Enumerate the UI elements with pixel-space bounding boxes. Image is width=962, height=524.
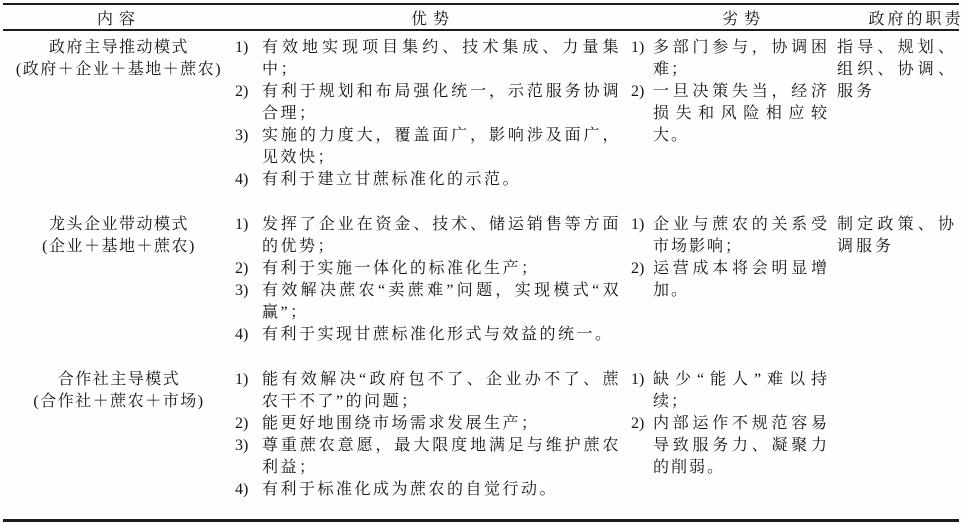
item-number: 1) — [235, 37, 262, 81]
item-text: 有利于标准化成为蔗农的自觉行动。 — [262, 479, 621, 501]
item-number: 4) — [235, 169, 262, 191]
government-duty: 制定政策、协调服务 — [837, 214, 957, 258]
item-text: 一旦决策失当，经济损失和风险相应较大。 — [653, 81, 829, 147]
advantages-cell: 1)有效地实现项目集约、技术集成、力量集中；2)有利于规划和布局强化统一，示范服… — [235, 37, 631, 191]
government-duty: 指导、规划、组织、协调、服务 — [837, 37, 957, 103]
item-text: 能更好地围绕市场需求发展生产； — [262, 413, 621, 435]
list-item: 4)有利于建立甘蔗标准化的示范。 — [235, 169, 621, 191]
item-number: 3) — [235, 125, 262, 169]
mode-name: 政府主导推动模式 — [3, 37, 235, 59]
header-advantages: 优势 — [235, 6, 641, 29]
table-row: 龙头企业带动模式 (企业＋基地＋蔗农) 1)发挥了企业在资金、技术、储运销售等方… — [3, 214, 959, 346]
table-body: 政府主导推动模式 (政府＋企业＋基地＋蔗农) 1)有效地实现项目集约、技术集成、… — [3, 31, 959, 501]
item-text: 有利于规划和布局强化统一，示范服务协调合理； — [262, 81, 621, 125]
disadvantages-list: 1)多部门参与，协调困难；2)一旦决策失当，经济损失和风险相应较大。 — [631, 37, 829, 147]
list-item: 2)有利于实施一体化的标准化生产； — [235, 258, 621, 280]
disadvantages-cell: 1)企业与蔗农的关系受市场影响；2)运营成本将会明显增加。 — [631, 214, 837, 346]
mode-composition: (政府＋企业＋基地＋蔗农) — [3, 59, 235, 81]
item-text: 企业与蔗农的关系受市场影响； — [653, 214, 829, 258]
list-item: 2)一旦决策失当，经济损失和风险相应较大。 — [631, 81, 829, 147]
list-item: 2)能更好地围绕市场需求发展生产； — [235, 413, 621, 435]
item-text: 有效解决蔗农“卖蔗难”问题，实现模式“双赢”； — [262, 280, 621, 324]
item-text: 实施的力度大，覆盖面广，影响涉及面广，见效快； — [262, 125, 621, 169]
list-item: 1)缺少“能人”难以持续； — [631, 369, 829, 413]
item-text: 有利于实现甘蔗标准化形式与效益的统一。 — [262, 324, 621, 346]
list-item: 1)多部门参与，协调困难； — [631, 37, 829, 81]
item-text: 发挥了企业在资金、技术、储运销售等方面的优势； — [262, 214, 621, 258]
table-header-row: 内容 优势 劣势 政府的职责 — [3, 5, 959, 31]
list-item: 4)有利于标准化成为蔗农的自觉行动。 — [235, 479, 621, 501]
advantages-list: 1)有效地实现项目集约、技术集成、力量集中；2)有利于规划和布局强化统一，示范服… — [235, 37, 621, 191]
item-number: 1) — [631, 37, 653, 81]
government-duty-cell: 指导、规划、组织、协调、服务 — [837, 37, 959, 191]
mode-name: 龙头企业带动模式 — [3, 214, 235, 236]
item-number: 1) — [631, 214, 653, 258]
list-item: 2)内部运作不规范容易导致服务力、凝聚力的削弱。 — [631, 413, 829, 479]
list-item: 3)实施的力度大，覆盖面广，影响涉及面广，见效快； — [235, 125, 621, 169]
list-item: 2)运营成本将会明显增加。 — [631, 258, 829, 302]
table-row: 合作社主导模式 (合作社＋蔗农＋市场) 1)能有效解决“政府包不了、企业办不了、… — [3, 369, 959, 501]
list-item: 1)企业与蔗农的关系受市场影响； — [631, 214, 829, 258]
header-disadvantages: 劣势 — [641, 6, 855, 29]
list-item: 1)发挥了企业在资金、技术、储运销售等方面的优势； — [235, 214, 621, 258]
list-item: 3)有效解决蔗农“卖蔗难”问题，实现模式“双赢”； — [235, 280, 621, 324]
disadvantages-list: 1)缺少“能人”难以持续；2)内部运作不规范容易导致服务力、凝聚力的削弱。 — [631, 369, 829, 479]
mode-cell: 政府主导推动模式 (政府＋企业＋基地＋蔗农) — [3, 37, 235, 191]
item-number: 2) — [235, 413, 262, 435]
advantages-list: 1)能有效解决“政府包不了、企业办不了、蔗农干不了”的问题；2)能更好地围绕市场… — [235, 369, 621, 501]
disadvantages-list: 1)企业与蔗农的关系受市场影响；2)运营成本将会明显增加。 — [631, 214, 829, 302]
mode-cell: 龙头企业带动模式 (企业＋基地＋蔗农) — [3, 214, 235, 346]
header-government-duty: 政府的职责 — [855, 6, 962, 29]
item-number: 4) — [235, 324, 262, 346]
advantages-cell: 1)能有效解决“政府包不了、企业办不了、蔗农干不了”的问题；2)能更好地围绕市场… — [235, 369, 631, 501]
item-text: 内部运作不规范容易导致服务力、凝聚力的削弱。 — [653, 413, 829, 479]
sugarcane-modes-table: 内容 优势 劣势 政府的职责 政府主导推动模式 (政府＋企业＋基地＋蔗农) 1)… — [3, 3, 959, 522]
item-number: 1) — [235, 214, 262, 258]
item-number: 2) — [235, 81, 262, 125]
paper-table-page: 内容 优势 劣势 政府的职责 政府主导推动模式 (政府＋企业＋基地＋蔗农) 1)… — [0, 0, 962, 524]
header-content: 内容 — [3, 6, 235, 29]
item-text: 有利于建立甘蔗标准化的示范。 — [262, 169, 621, 191]
mode-name: 合作社主导模式 — [3, 369, 235, 391]
item-number: 3) — [235, 280, 262, 324]
item-number: 2) — [631, 413, 653, 479]
item-number: 1) — [235, 369, 262, 413]
list-item: 1)能有效解决“政府包不了、企业办不了、蔗农干不了”的问题； — [235, 369, 621, 413]
list-item: 1)有效地实现项目集约、技术集成、力量集中； — [235, 37, 621, 81]
item-number: 4) — [235, 479, 262, 501]
item-number: 3) — [235, 435, 262, 479]
mode-cell: 合作社主导模式 (合作社＋蔗农＋市场) — [3, 369, 235, 501]
item-number: 1) — [631, 369, 653, 413]
mode-composition: (合作社＋蔗农＋市场) — [3, 391, 235, 413]
list-item: 4)有利于实现甘蔗标准化形式与效益的统一。 — [235, 324, 621, 346]
item-text: 有利于实施一体化的标准化生产； — [262, 258, 621, 280]
advantages-cell: 1)发挥了企业在资金、技术、储运销售等方面的优势；2)有利于实施一体化的标准化生… — [235, 214, 631, 346]
item-text: 多部门参与，协调困难； — [653, 37, 829, 81]
item-number: 2) — [631, 81, 653, 147]
mode-composition: (企业＋基地＋蔗农) — [3, 236, 235, 258]
disadvantages-cell: 1)缺少“能人”难以持续；2)内部运作不规范容易导致服务力、凝聚力的削弱。 — [631, 369, 837, 501]
list-item: 3)尊重蔗农意愿，最大限度地满足与维护蔗农利益； — [235, 435, 621, 479]
item-text: 有效地实现项目集约、技术集成、力量集中； — [262, 37, 621, 81]
government-duty-cell: 制定政策、协调服务 — [837, 214, 959, 346]
government-duty-cell — [837, 369, 959, 501]
item-text: 尊重蔗农意愿，最大限度地满足与维护蔗农利益； — [262, 435, 621, 479]
item-number: 2) — [235, 258, 262, 280]
table-row: 政府主导推动模式 (政府＋企业＋基地＋蔗农) 1)有效地实现项目集约、技术集成、… — [3, 37, 959, 191]
item-text: 能有效解决“政府包不了、企业办不了、蔗农干不了”的问题； — [262, 369, 621, 413]
item-number: 2) — [631, 258, 653, 302]
advantages-list: 1)发挥了企业在资金、技术、储运销售等方面的优势；2)有利于实施一体化的标准化生… — [235, 214, 621, 346]
list-item: 2)有利于规划和布局强化统一，示范服务协调合理； — [235, 81, 621, 125]
item-text: 运营成本将会明显增加。 — [653, 258, 829, 302]
disadvantages-cell: 1)多部门参与，协调困难；2)一旦决策失当，经济损失和风险相应较大。 — [631, 37, 837, 191]
item-text: 缺少“能人”难以持续； — [653, 369, 829, 413]
